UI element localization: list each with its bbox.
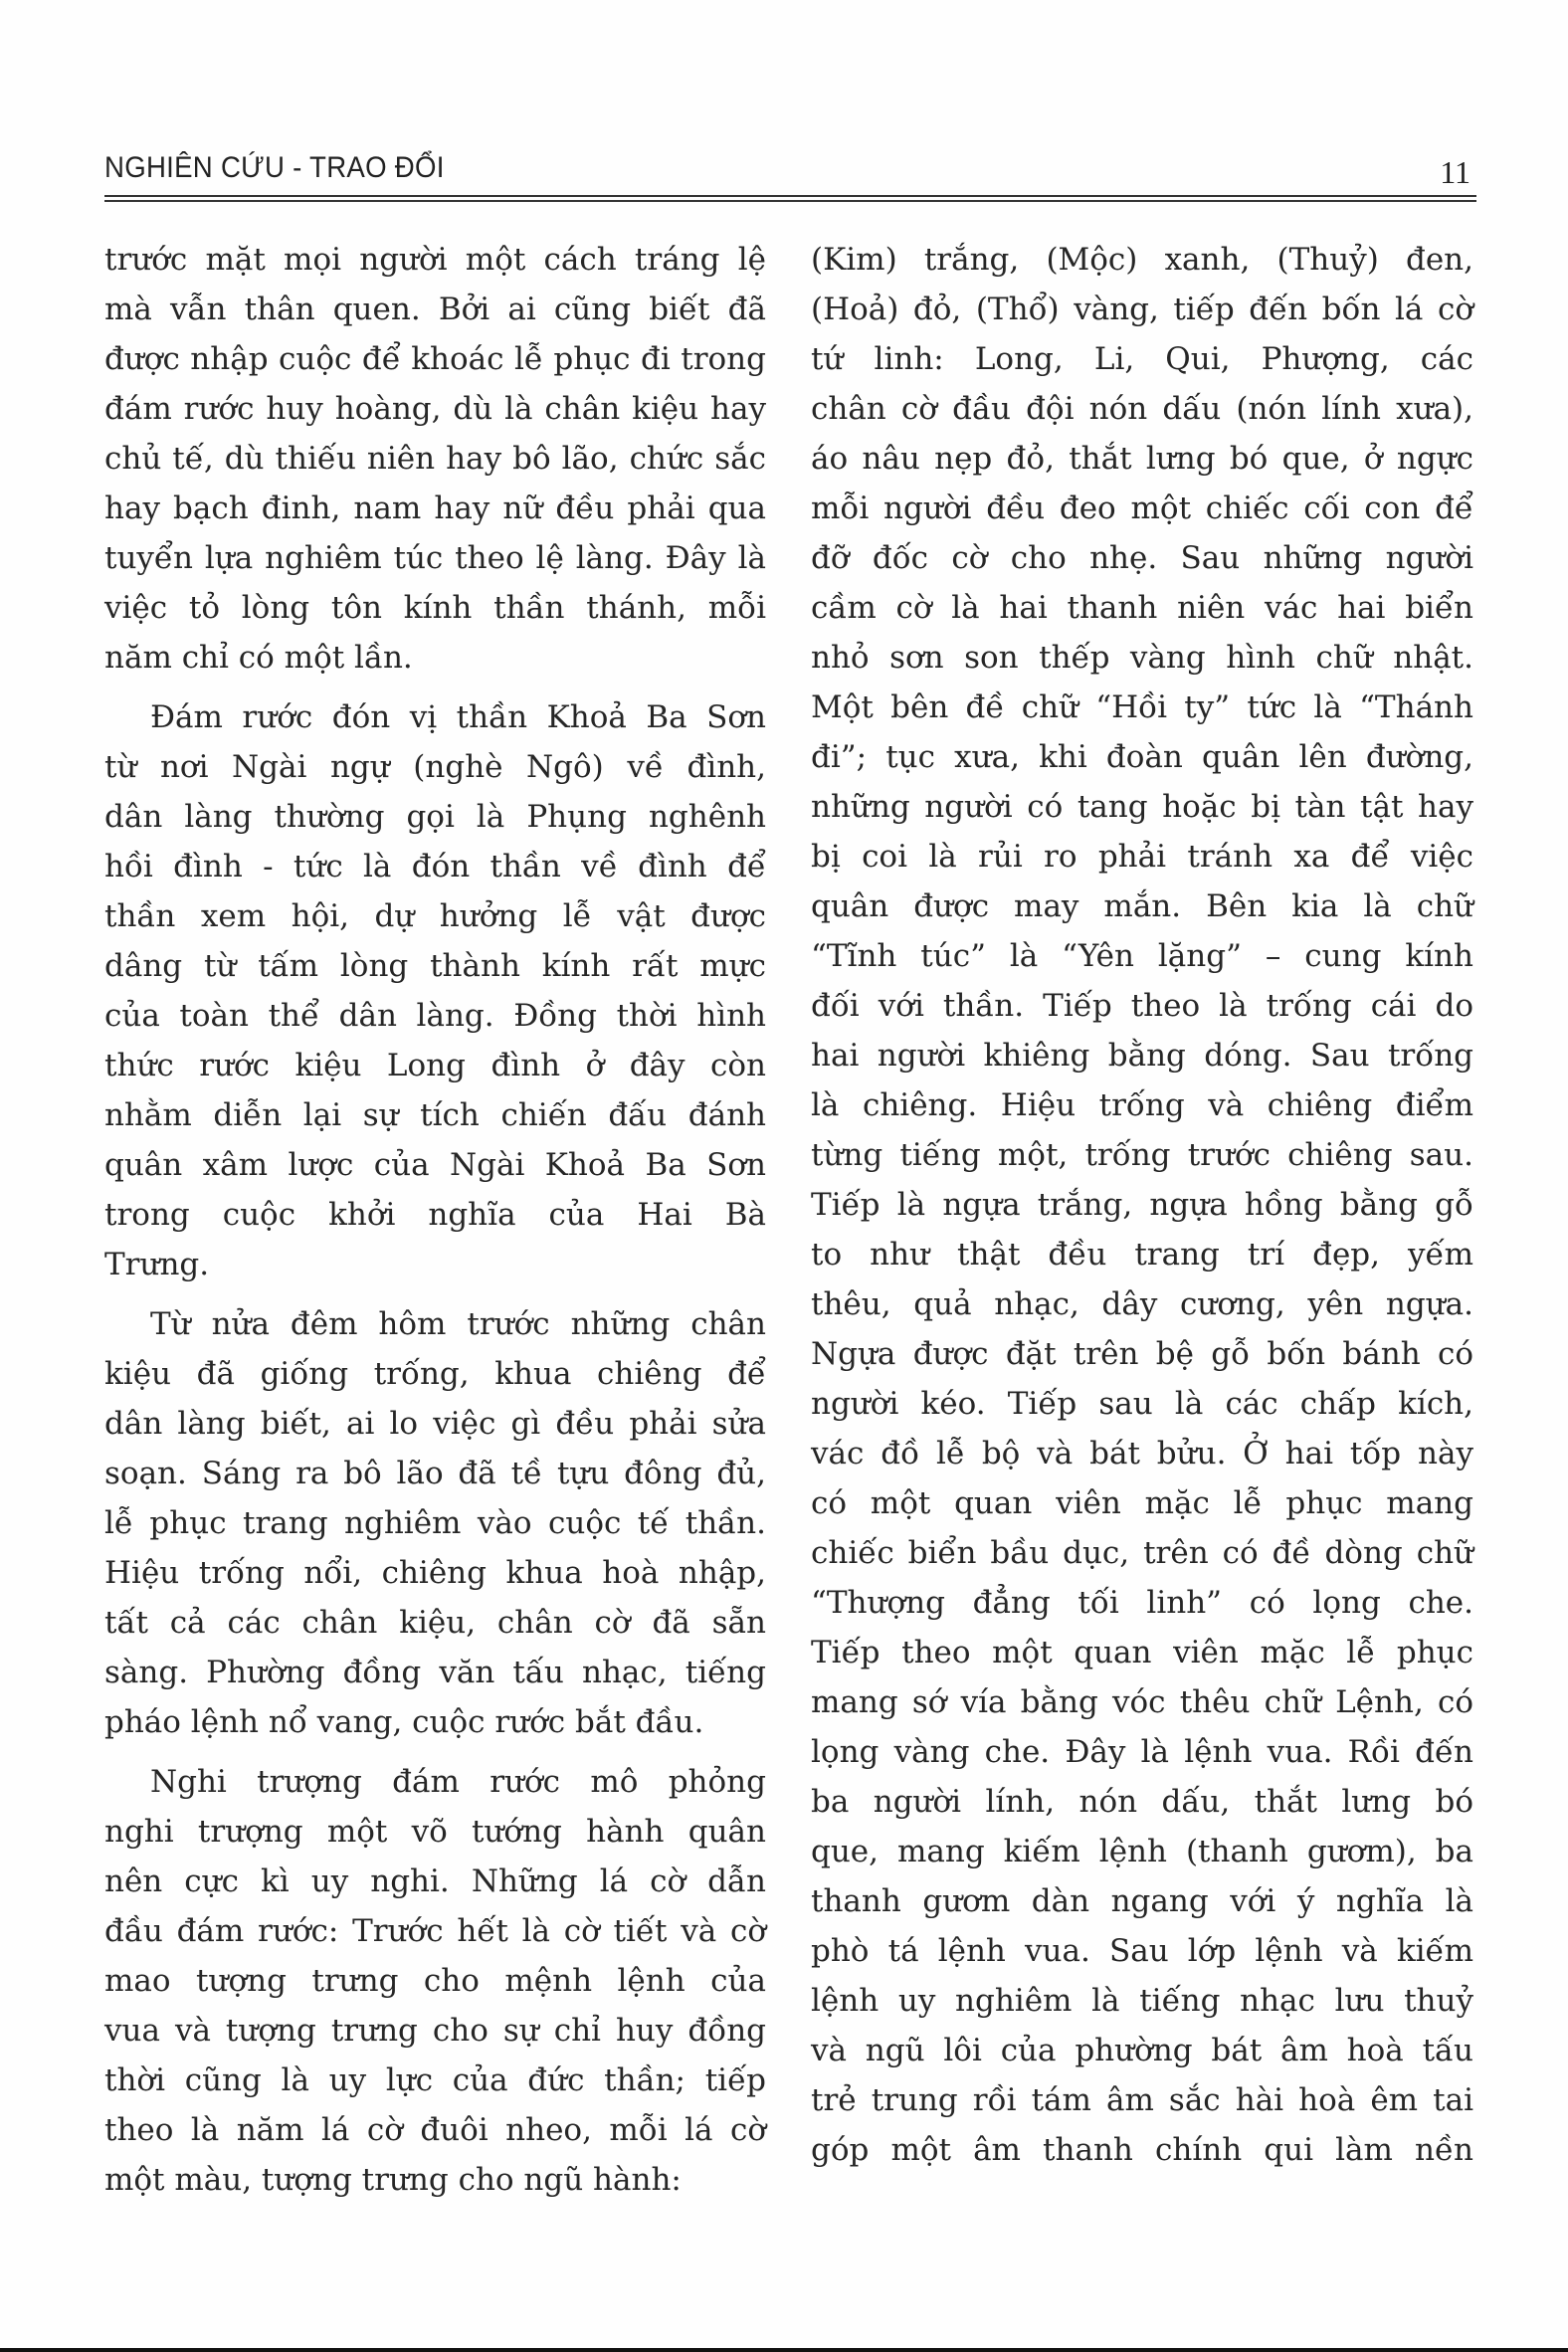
text-line: soạn. Sáng ra bô lão đã tề tựu đông đủ, (104, 1449, 766, 1498)
text-line: là chiêng. Hiệu trống và chiêng điểm (811, 1080, 1473, 1130)
text-line: áo nâu nẹp đỏ, thắt lưng bó que, ở ngực (811, 434, 1473, 484)
text-line: và ngũ lôi của phường bát âm hoà tấu (811, 2026, 1473, 2075)
text-line: người kéo. Tiếp sau là các chấp kích, (811, 1379, 1473, 1429)
text-line: chân cờ đầu đội nón dấu (nón lính xưa), (811, 384, 1473, 434)
text-line: đỡ đốc cờ cho nhẹ. Sau những người (811, 533, 1473, 583)
text-line: mao tượng trưng cho mệnh lệnh của (104, 1956, 766, 2006)
text-line: to như thật đều trang trí đẹp, yếm (811, 1230, 1473, 1279)
text-line: mỗi người đều đeo một chiếc cối con để (811, 484, 1473, 533)
text-line: từ nơi Ngài ngự (nghè Ngô) về đình, (104, 742, 766, 792)
text-line: trong cuộc khởi nghĩa của Hai Bà (104, 1190, 766, 1240)
text-line: trước mặt mọi người một cách tráng lệ (104, 235, 766, 285)
text-line: mang sớ vía bằng vóc thêu chữ Lệnh, có (811, 1677, 1473, 1727)
text-line: Nghi trượng đám rước mô phỏng (104, 1757, 766, 1807)
text-line: được nhập cuộc để khoác lễ phục đi trong (104, 334, 766, 384)
text-line: kiệu đã giống trống, khua chiêng để (104, 1349, 766, 1399)
text-line: dân làng thường gọi là Phụng nghênh (104, 792, 766, 842)
page-number: 11 (1425, 154, 1470, 191)
text-line: tuyển lựa nghiêm túc theo lệ làng. Đây l… (104, 533, 766, 583)
text-line: ba người lính, nón dấu, thắt lưng bó (811, 1777, 1473, 1827)
text-line: thần xem hội, dự hưởng lễ vật được (104, 891, 766, 941)
text-line: Từ nửa đêm hôm trước những chân (104, 1299, 766, 1349)
text-line: Tiếp theo một quan viên mặc lễ phục (811, 1628, 1473, 1677)
paragraph-gap (104, 1747, 766, 1757)
text-line: (Kim) trắng, (Mộc) xanh, (Thuỷ) đen, (811, 235, 1473, 285)
text-line: lễ phục trang nghiêm vào cuộc tế thần. (104, 1498, 766, 1548)
text-line: phò tá lệnh vua. Sau lớp lệnh và kiếm (811, 1926, 1473, 1976)
header-rule-top (104, 195, 1476, 197)
text-line: năm chỉ có một lần. (104, 633, 766, 683)
running-header-title: NGHIÊN CỨU - TRAO ĐỔI (104, 151, 445, 185)
text-line: (Hoả) đỏ, (Thổ) vàng, tiếp đến bốn lá cờ (811, 285, 1473, 334)
text-line: vác đồ lễ bộ và bát bửu. Ở hai tốp này (811, 1429, 1473, 1478)
text-line: tất cả các chân kiệu, chân cờ đã sẵn (104, 1598, 766, 1648)
header-rule-bottom (104, 200, 1476, 202)
text-line: đám rước huy hoàng, dù là chân kiệu hay (104, 384, 766, 434)
text-line: thêu, quả nhạc, dây cương, yên ngựa. (811, 1279, 1473, 1329)
text-line: một màu, tượng trưng cho ngũ hành: (104, 2155, 766, 2205)
text-line: chủ tế, dù thiếu niên hay bô lão, chức s… (104, 434, 766, 484)
text-line: pháo lệnh nổ vang, cuộc rước bắt đầu. (104, 1697, 766, 1747)
paragraph: Đám rước đón vị thần Khoả Ba Sơntừ nơi N… (104, 692, 766, 1289)
text-line: Đám rước đón vị thần Khoả Ba Sơn (104, 692, 766, 742)
document-page: NGHIÊN CỨU - TRAO ĐỔI 11 trước mặt mọi n… (0, 0, 1568, 2352)
text-line: nghi trượng một võ tướng hành quân (104, 1807, 766, 1857)
text-line: đối với thần. Tiếp theo là trống cái do (811, 981, 1473, 1031)
text-line: bị coi là rủi ro phải tránh xa để việc (811, 832, 1473, 882)
text-line: chiếc biển bầu dục, trên có đề dòng chữ (811, 1528, 1473, 1578)
text-line: theo là năm lá cờ đuôi nheo, mỗi lá cờ (104, 2105, 766, 2155)
text-line: nhằm diễn lại sự tích chiến đấu đánh (104, 1090, 766, 1140)
text-line: nên cực kì uy nghi. Những lá cờ dẫn (104, 1857, 766, 1906)
text-line: cầm cờ là hai thanh niên vác hai biển (811, 583, 1473, 633)
text-line: việc tỏ lòng tôn kính thần thánh, mỗi (104, 583, 766, 633)
text-line: hồi đình - tức là đón thần về đình để (104, 842, 766, 891)
paragraph: Nghi trượng đám rước mô phỏngnghi trượng… (104, 1757, 766, 2205)
paragraph-gap (104, 1289, 766, 1299)
text-line: quân được may mắn. Bên kia là chữ (811, 882, 1473, 931)
text-line: “Thượng đẳng tối linh” có lọng che. (811, 1578, 1473, 1628)
text-line: có một quan viên mặc lễ phục mang (811, 1478, 1473, 1528)
text-line: đi”; tục xưa, khi đoàn quân lên đường, (811, 732, 1473, 782)
text-line: thời cũng là uy lực của đức thần; tiếp (104, 2056, 766, 2105)
text-line: vua và tượng trưng cho sự chỉ huy đồng (104, 2006, 766, 2056)
text-line: lệnh uy nghiêm là tiếng nhạc lưu thuỷ (811, 1976, 1473, 2026)
paragraph: trước mặt mọi người một cách tráng lệmà … (104, 235, 766, 683)
text-line: mà vẫn thân quen. Bởi ai cũng biết đã (104, 285, 766, 334)
text-line: trẻ trung rồi tám âm sắc hài hoà êm tai (811, 2075, 1473, 2125)
text-line: đầu đám rước: Trước hết là cờ tiết và cờ (104, 1906, 766, 1956)
text-line: Ngựa được đặt trên bệ gỗ bốn bánh có (811, 1329, 1473, 1379)
text-line: hay bạch đinh, nam hay nữ đều phải qua (104, 484, 766, 533)
text-line: Hiệu trống nổi, chiêng khua hoà nhập, (104, 1548, 766, 1598)
text-line: những người có tang hoặc bị tàn tật hay (811, 782, 1473, 832)
text-line: hai người khiêng bằng dóng. Sau trống (811, 1031, 1473, 1080)
text-line: góp một âm thanh chính qui làm nền (811, 2125, 1473, 2175)
right-text-column: (Kim) trắng, (Mộc) xanh, (Thuỷ) đen,(Hoả… (811, 235, 1473, 2175)
text-line: que, mang kiếm lệnh (thanh gươm), ba (811, 1827, 1473, 1876)
text-line: thức rước kiệu Long đình ở đây còn (104, 1041, 766, 1090)
text-line: dân làng biết, ai lo việc gì đều phải sử… (104, 1399, 766, 1449)
text-line: Một bên đề chữ “Hồi ty” tức là “Thánh (811, 683, 1473, 732)
text-line: từng tiếng một, trống trước chiêng sau. (811, 1130, 1473, 1180)
text-line: sàng. Phường đồng văn tấu nhạc, tiếng (104, 1648, 766, 1697)
scan-edge-bar (0, 2348, 1568, 2352)
text-line: nhỏ sơn son thếp vàng hình chữ nhật. (811, 633, 1473, 683)
text-line: Trưng. (104, 1240, 766, 1289)
paragraph: Từ nửa đêm hôm trước những chânkiệu đã g… (104, 1299, 766, 1747)
text-line: Tiếp là ngựa trắng, ngựa hồng bằng gỗ (811, 1180, 1473, 1230)
paragraph-gap (104, 683, 766, 692)
text-line: của toàn thể dân làng. Đồng thời hình (104, 991, 766, 1041)
left-text-column: trước mặt mọi người một cách tráng lệmà … (104, 235, 766, 2205)
text-line: “Tĩnh túc” là “Yên lặng” – cung kính (811, 931, 1473, 981)
text-line: tứ linh: Long, Li, Qui, Phượng, các (811, 334, 1473, 384)
text-line: thanh gươm dàn ngang với ý nghĩa là (811, 1876, 1473, 1926)
text-line: lọng vàng che. Đây là lệnh vua. Rồi đến (811, 1727, 1473, 1777)
text-line: quân xâm lược của Ngài Khoả Ba Sơn (104, 1140, 766, 1190)
text-line: dâng từ tấm lòng thành kính rất mực (104, 941, 766, 991)
